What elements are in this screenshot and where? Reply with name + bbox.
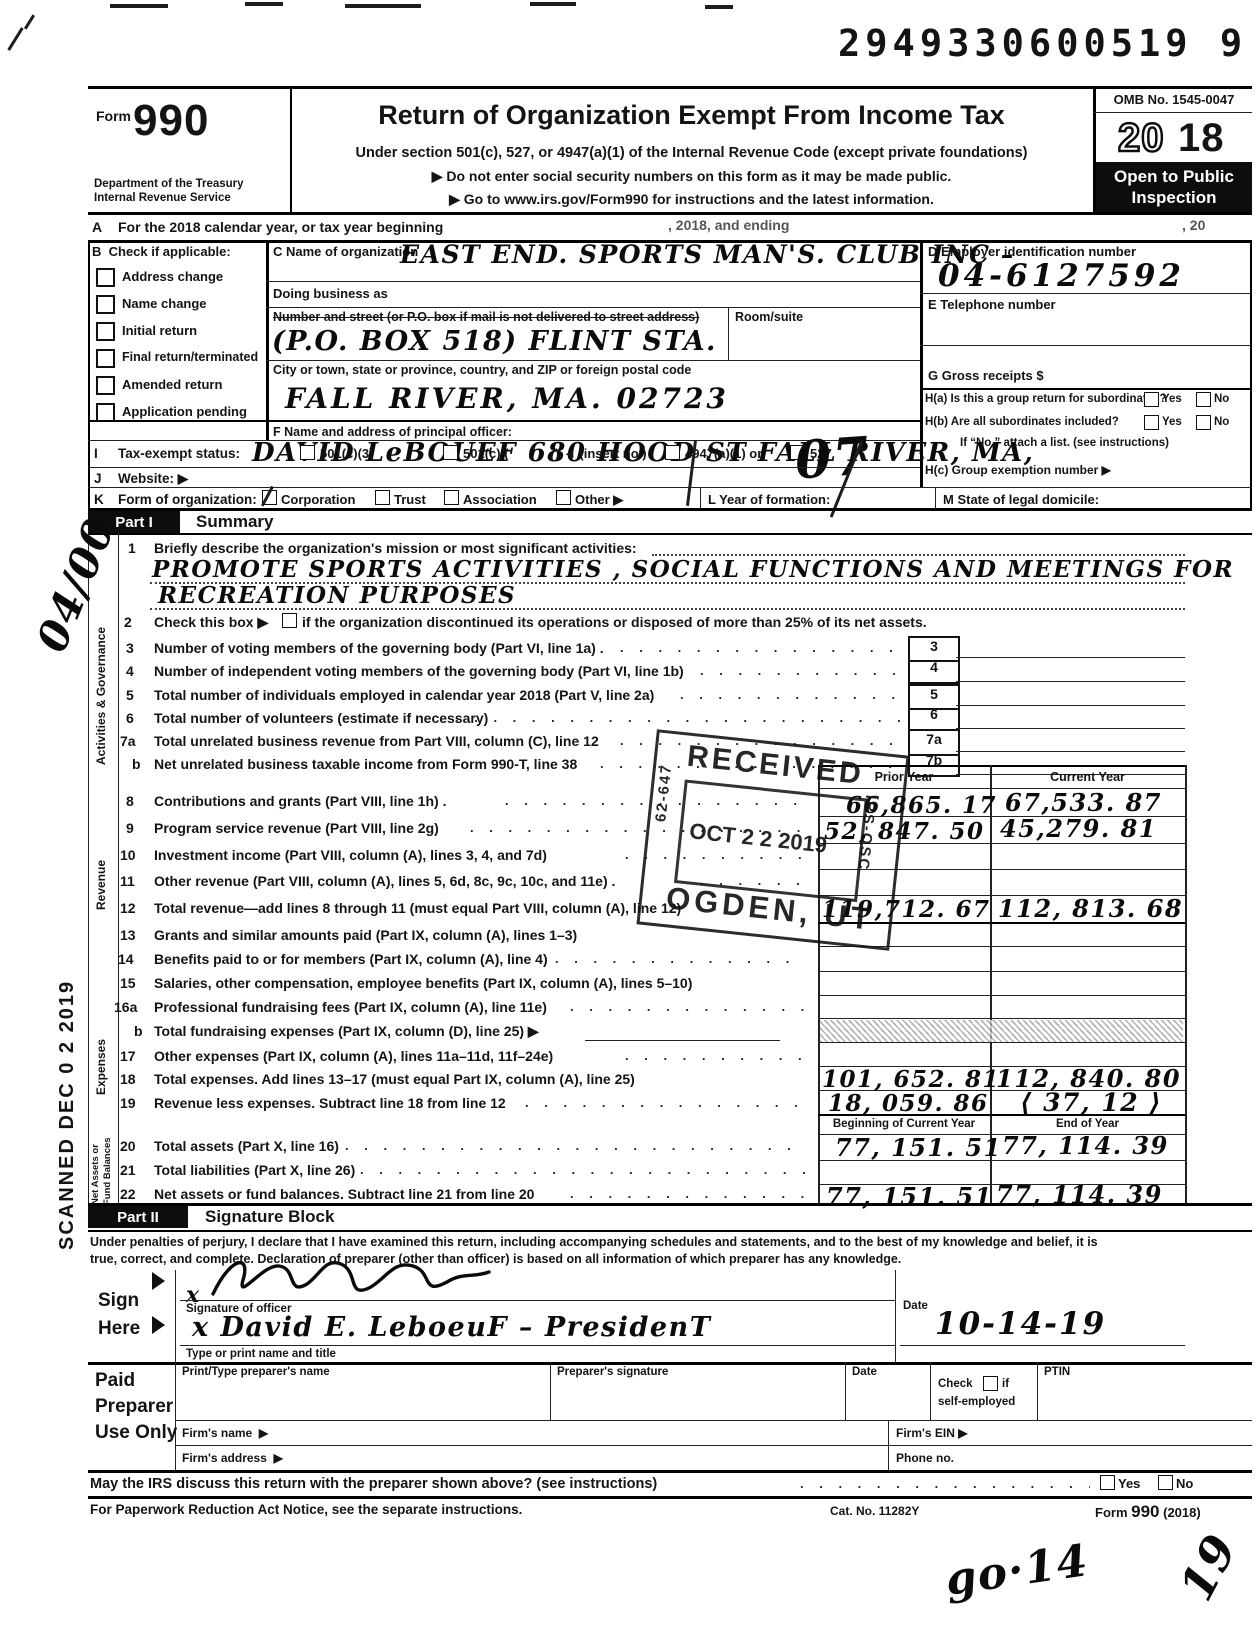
hc-label: H(c) Group exemption number ▶	[925, 463, 1111, 477]
line17-num: 17	[120, 1048, 136, 1064]
checkbox-ha-yes[interactable]	[1144, 392, 1159, 407]
line8-num: 8	[126, 793, 134, 809]
line15-num: 15	[120, 975, 136, 991]
line19-num: 19	[120, 1095, 136, 1111]
room-suite-label: Room/suite	[735, 310, 803, 324]
checkbox-discuss-yes[interactable]	[1100, 1475, 1115, 1490]
line18-prior-value: 101, 652. 81	[822, 1066, 1000, 1093]
ha-yes-label: Yes	[1162, 393, 1182, 405]
line18-num: 18	[120, 1071, 136, 1087]
telephone-label: E Telephone number	[928, 297, 1056, 312]
checkbox-hb-yes[interactable]	[1144, 415, 1159, 430]
checkbox-discontinued[interactable]	[282, 613, 297, 628]
sign-arrow-icon	[152, 1272, 165, 1290]
org-form-label: Form of organization:	[118, 492, 257, 507]
line6-text: Total number of volunteers (estimate if …	[154, 710, 488, 726]
line11-text: Other revenue (Part VIII, column (A), li…	[154, 873, 615, 889]
street-label: Number and street (or P.O. box if mail i…	[273, 310, 699, 324]
handwritten-corner-note: 19	[1169, 1525, 1248, 1610]
line7a-num: 7a	[120, 733, 136, 749]
year-of-formation-label: L Year of formation:	[708, 492, 830, 507]
label-4947a1: 4947(a)(1) or	[685, 446, 762, 461]
org-name-label: C Name of organization	[273, 244, 418, 259]
preparer-date-label: Date	[852, 1366, 877, 1378]
label-amended-return: Amended return	[122, 377, 222, 392]
website-label: Website: ▶	[118, 471, 188, 487]
firms-ein-label: Firm's EIN ▶	[896, 1426, 967, 1440]
line16b-text: Total fundraising expenses (Part IX, col…	[154, 1023, 539, 1040]
preparer-signature-label: Preparer's signature	[557, 1366, 668, 1378]
use-only-label: Use Only	[95, 1422, 177, 1444]
line20-num: 20	[120, 1138, 136, 1154]
checkbox-501c[interactable]	[443, 445, 458, 460]
open-to-public-line2: Inspection	[1131, 187, 1216, 208]
scan-artifact	[530, 2, 576, 6]
line19-current-value: ⟨ 37, 12 ⟩	[1020, 1088, 1162, 1117]
discuss-yes-label: Yes	[1118, 1476, 1140, 1491]
preparer-label: Preparer	[95, 1396, 173, 1418]
checkbox-amended-return[interactable]	[96, 376, 115, 395]
line11-num: 11	[120, 873, 135, 889]
org-form-letter: K	[94, 492, 104, 507]
paperwork-notice: For Paperwork Reduction Act Notice, see …	[90, 1502, 522, 1517]
ein-label: D Employer identification number	[928, 244, 1136, 259]
line5-num: 5	[126, 687, 134, 703]
tax-exempt-letter: I	[94, 446, 98, 461]
line22-num: 22	[120, 1186, 136, 1202]
sidebar-net-assets-2: Fund Balances	[102, 1115, 113, 1205]
line1-text: Briefly describe the organization's miss…	[154, 540, 637, 556]
sidebar-expenses: Expenses	[94, 935, 108, 1095]
form-title: Return of Organization Exempt From Incom…	[290, 100, 1093, 131]
sidebar-net-assets-1: Net Assets or	[90, 1115, 101, 1205]
line18-text: Total expenses. Add lines 13–17 (must eq…	[154, 1071, 635, 1087]
label-corporation: Corporation	[281, 492, 355, 507]
label-final-return: Final return/terminated	[122, 350, 258, 364]
part1-title: Summary	[196, 512, 273, 532]
label-initial-return: Initial return	[122, 323, 197, 338]
line10-num: 10	[120, 847, 136, 863]
phone-label: Phone no.	[896, 1451, 954, 1465]
form-990-page: 2949330600519 9 Form 990 Department of t…	[0, 0, 1256, 1634]
line12-text: Total revenue—add lines 8 through 11 (mu…	[154, 900, 681, 916]
dept-line-2: Internal Revenue Service	[94, 192, 284, 205]
box-line6: 6	[908, 706, 960, 731]
line12-current-value: 112, 813. 68	[998, 894, 1183, 923]
line9-text: Program service revenue (Part VIII, line…	[154, 820, 439, 836]
section-b-label: B Check if applicable:	[92, 244, 231, 259]
checkbox-address-change[interactable]	[96, 268, 115, 287]
line17-text: Other expenses (Part IX, column (A), lin…	[154, 1048, 553, 1064]
form-subtitle: Under section 501(c), 527, or 4947(a)(1)…	[290, 145, 1093, 161]
ha-no-label: No	[1214, 393, 1229, 405]
type-or-print-label: Type or print name and title	[186, 1348, 336, 1360]
line20-begin-value: 77, 151. 51	[835, 1133, 1002, 1162]
label-501c3: 501(c)(3)	[320, 446, 373, 461]
hb-note: If “No,” attach a list. (see instruction…	[960, 437, 1169, 449]
line-a-letter: A	[92, 219, 102, 235]
line6-num: 6	[126, 710, 134, 726]
line3-text: Number of voting members of the governin…	[154, 640, 604, 656]
ha-label: H(a) Is this a group return for subordin…	[925, 393, 1167, 405]
preparer-name-label: Print/Type preparer's name	[182, 1366, 330, 1378]
line-a-mid: , 2018, and ending	[668, 217, 789, 233]
line13-text: Grants and similar amounts paid (Part IX…	[154, 927, 577, 943]
line19-prior-value: 18, 059. 86	[828, 1090, 989, 1117]
line19-text: Revenue less expenses. Subtract line 18 …	[154, 1095, 506, 1111]
typed-name-value[interactable]: x David E. LeboeuF – PresidenT	[192, 1312, 711, 1343]
self-employed-label: self-employed	[938, 1396, 1015, 1408]
form-number: 990	[133, 96, 209, 146]
checkbox-discuss-no[interactable]	[1158, 1475, 1173, 1490]
line7b-num: b	[132, 756, 141, 772]
scan-artifact	[110, 4, 168, 8]
line22-begin-value: 77, 151. 51	[826, 1182, 993, 1211]
check-if-label: Check	[938, 1378, 973, 1390]
city-label: City or town, state or province, country…	[273, 363, 691, 377]
discuss-no-label: No	[1176, 1476, 1193, 1491]
label-address-change: Address change	[122, 269, 223, 284]
line1-num: 1	[128, 540, 136, 556]
checkbox-final-return[interactable]	[96, 349, 115, 368]
col-header-current-year: Current Year	[990, 770, 1185, 784]
line21-text: Total liabilities (Part X, line 26)	[154, 1162, 355, 1178]
sign-arrow-icon	[152, 1316, 165, 1334]
dept-line-1: Department of the Treasury	[94, 178, 284, 191]
line12-num: 12	[120, 900, 136, 916]
firms-name-label: Firm's name ▶	[182, 1426, 268, 1440]
org-name-value: EAST END. SPORTS MAN'S. CLUB INC –	[400, 240, 1015, 269]
hb-label: H(b) Are all subordinates included?	[925, 416, 1119, 428]
line14-num: 14	[118, 951, 134, 967]
label-insert-no: ) ◄ (insert no.)	[555, 446, 647, 461]
firms-address-label: Firm's address ▶	[182, 1451, 283, 1465]
tax-exempt-handwritten: 07	[793, 425, 872, 491]
stamp-code: 62-647	[652, 763, 675, 823]
line3-num: 3	[126, 640, 134, 656]
line16b-shaded-cell	[820, 1020, 1183, 1042]
signature-date-label: Date	[903, 1300, 928, 1312]
part2-title: Signature Block	[205, 1207, 334, 1227]
checkbox-501c3[interactable]	[300, 445, 315, 460]
line8-current-value: 67,533. 87	[1005, 788, 1162, 817]
tax-year-18: 18	[1178, 116, 1225, 161]
website-letter: J	[94, 471, 102, 486]
line8-text: Contributions and grants (Part VIII, lin…	[154, 793, 446, 809]
line9-num: 9	[126, 820, 134, 836]
here-label: Here	[98, 1318, 140, 1340]
line9-current-value: 45,279. 81	[1000, 814, 1157, 843]
line7b-text: Net unrelated business taxable income fr…	[154, 756, 577, 772]
line16b-num: b	[134, 1023, 143, 1039]
col-header-beginning-year: Beginning of Current Year	[818, 1118, 990, 1130]
section-b-title: Check if applicable:	[109, 244, 231, 259]
line4-num: 4	[126, 663, 134, 679]
line14-text: Benefits paid to or for members (Part IX…	[154, 951, 548, 967]
form-footer-id: Form 990 (2018)	[1095, 1502, 1201, 1522]
open-to-public-badge: Open to Public Inspection	[1096, 162, 1252, 212]
scan-artifact	[705, 5, 733, 9]
discuss-question: May the IRS discuss this return with the…	[90, 1476, 657, 1492]
checkbox-name-change[interactable]	[96, 295, 115, 314]
checkbox-association[interactable]	[444, 490, 459, 505]
hb-yes-label: Yes	[1162, 416, 1182, 428]
gross-receipts-label: G Gross receipts $	[928, 368, 1044, 383]
label-application-pending: Application pending	[122, 404, 247, 419]
checkbox-trust[interactable]	[375, 490, 390, 505]
line16a-text: Professional fundraising fees (Part IX, …	[154, 999, 547, 1015]
line2-pre: Check this box ▶	[154, 614, 268, 631]
checkbox-hb-no[interactable]	[1196, 415, 1211, 430]
scan-artifact	[24, 14, 35, 29]
form-bullet-2: ▶ Go to www.irs.gov/Form990 for instruct…	[290, 191, 1093, 208]
line20-end-value: 77, 114. 39	[1002, 1131, 1169, 1160]
ptin-label: PTIN	[1044, 1366, 1070, 1378]
tax-year-20: 20	[1118, 116, 1165, 161]
open-to-public-line1: Open to Public	[1114, 166, 1234, 187]
line5-text: Total number of individuals employed in …	[154, 687, 654, 703]
label-other: Other ▶	[575, 492, 623, 508]
checkbox-self-employed[interactable]	[983, 1376, 998, 1391]
box-line4: 4	[908, 659, 960, 684]
scan-artifact	[345, 4, 421, 8]
dln-serial: 2949330600519 9	[838, 22, 1247, 65]
line-a-text: For the 2018 calendar year, or tax year …	[118, 219, 443, 235]
col-header-end-of-year: End of Year	[990, 1118, 1185, 1130]
label-name-change: Name change	[122, 296, 207, 311]
label-501c: 501(c) (	[463, 446, 509, 461]
line10-text: Investment income (Part VIII, column (A)…	[154, 847, 547, 863]
ein-value: 04-6127592	[938, 258, 1185, 294]
tax-exempt-label: Tax-exempt status:	[118, 446, 240, 461]
line16a-num: 16a	[114, 999, 137, 1015]
handwritten-margin-note: 04/00	[27, 511, 125, 659]
line7a-text: Total unrelated business revenue from Pa…	[154, 733, 599, 749]
line2-num: 2	[124, 614, 132, 630]
form-bullet-1: ▶ Do not enter social security numbers o…	[290, 168, 1093, 185]
street-value: (P.O. BOX 518) FLINT STA.	[272, 326, 717, 357]
line15-text: Salaries, other compensation, employee b…	[154, 975, 692, 991]
irs-received-stamp: RECEIVED 62-647 OCT 2 2 2019 IRS-OSC OGD…	[636, 729, 909, 950]
line4-text: Number of independent voting members of …	[154, 663, 684, 679]
catalog-number: Cat. No. 11282Y	[830, 1504, 919, 1518]
part2-label: Part II	[88, 1206, 188, 1228]
line22-text: Net assets or fund balances. Subtract li…	[154, 1186, 534, 1202]
dba-label: Doing business as	[273, 286, 388, 301]
omb-number: OMB No. 1545-0047	[1096, 92, 1252, 107]
checkbox-other[interactable]	[556, 490, 571, 505]
label-association: Association	[463, 492, 537, 507]
signature-date-value[interactable]: 10-14-19	[935, 1306, 1106, 1342]
line13-num: 13	[120, 927, 136, 943]
line2-post: if the organization discontinued its ope…	[302, 614, 927, 630]
sidebar-revenue: Revenue	[94, 780, 108, 910]
label-trust: Trust	[394, 492, 426, 507]
line-a-end: , 20	[1182, 217, 1205, 233]
scanned-date-stamp: SCANNED DEC 0 2 2019	[56, 975, 79, 1250]
scan-artifact	[245, 2, 283, 6]
perjury-line-1: Under penalties of perjury, I declare th…	[90, 1235, 1098, 1249]
checkbox-ha-no[interactable]	[1196, 392, 1211, 407]
sign-label: Sign	[98, 1290, 139, 1312]
principal-officer-label: F Name and address of principal officer:	[273, 425, 512, 439]
scan-artifact	[7, 27, 23, 51]
handwritten-page-note: go·14	[942, 1535, 1092, 1606]
line21-num: 21	[120, 1162, 136, 1178]
legal-domicile-label: M State of legal domicile:	[943, 492, 1099, 507]
form-word: Form	[96, 108, 131, 124]
line20-text: Total assets (Part X, line 16)	[154, 1138, 339, 1154]
check-if-label-2: if	[1002, 1378, 1009, 1390]
city-value: FALL RIVER, MA. 02723	[285, 382, 729, 415]
officer-signature-scribble[interactable]	[205, 1252, 495, 1304]
checkbox-4947a1[interactable]	[665, 445, 680, 460]
hb-no-label: No	[1214, 416, 1229, 428]
checkbox-initial-return[interactable]	[96, 322, 115, 341]
paid-label: Paid	[95, 1370, 135, 1392]
